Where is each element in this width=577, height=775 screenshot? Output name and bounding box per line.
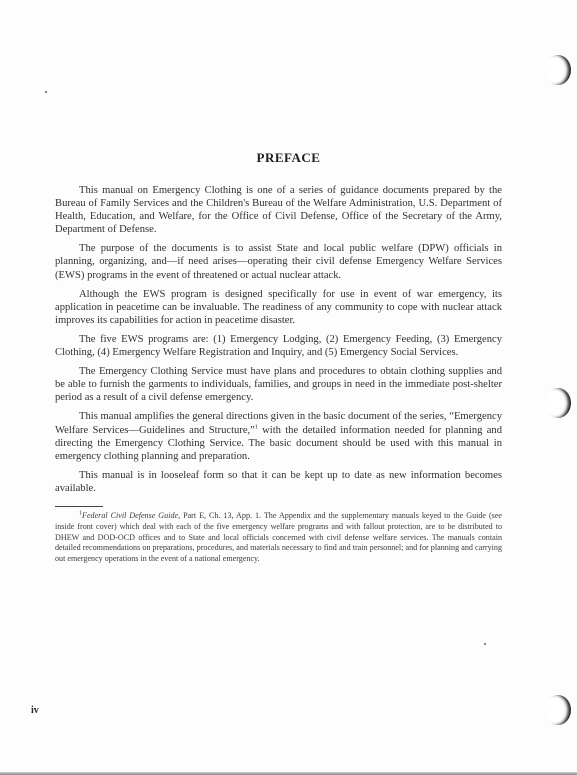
paragraph: This manual is in looseleaf form so that…	[55, 469, 502, 495]
footnote-source-title: Federal Civil Defense Guide	[82, 511, 178, 520]
page-number: iv	[31, 705, 39, 716]
preface-body: This manual on Emergency Clothing is one…	[55, 184, 502, 501]
paragraph: The five EWS programs are: (1) Emergency…	[55, 333, 502, 359]
footnote: 1Federal Civil Defense Guide, Part E, Ch…	[55, 511, 502, 565]
document-page: PREFACE This manual on Emergency Clothin…	[0, 0, 577, 775]
footnote-divider	[55, 506, 103, 507]
paragraph: Although the EWS program is designed spe…	[55, 288, 502, 327]
binder-hole-icon	[545, 695, 571, 725]
scan-speck	[45, 91, 47, 93]
binder-hole-icon	[545, 55, 571, 85]
binder-hole-icon	[545, 388, 571, 418]
scan-speck	[484, 643, 486, 645]
page-title: PREFACE	[0, 150, 577, 166]
paragraph: This manual amplifies the general direct…	[55, 410, 502, 462]
paragraph: This manual on Emergency Clothing is one…	[55, 184, 502, 236]
paragraph: The Emergency Clothing Service must have…	[55, 365, 502, 404]
paragraph: The purpose of the documents is to assis…	[55, 242, 502, 281]
